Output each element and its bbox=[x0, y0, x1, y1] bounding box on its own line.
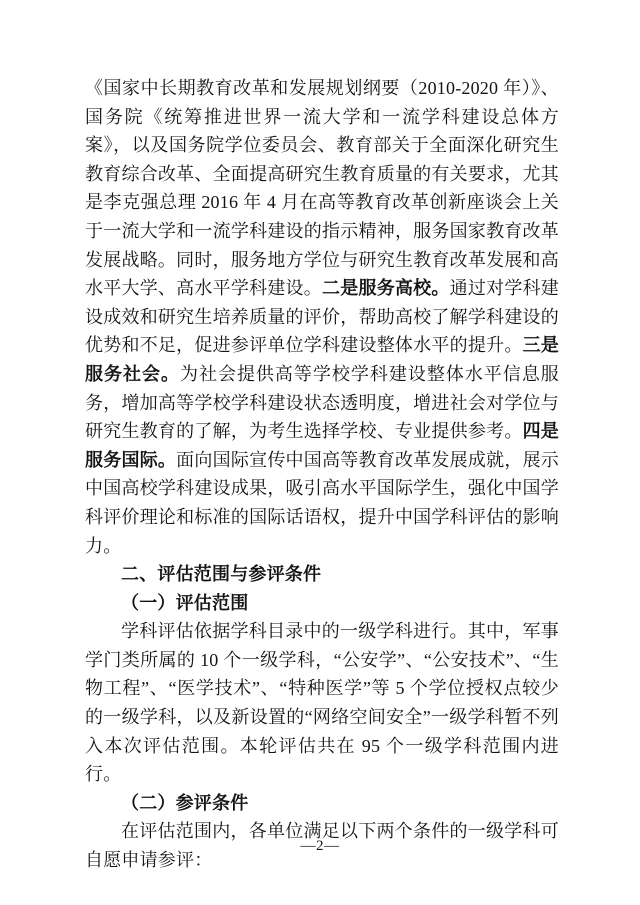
paragraph-purpose-continuation: 《国家中长期教育改革和发展规划纲要（2010-2020 年）》、国务院《统筹推进… bbox=[85, 74, 559, 560]
paragraph-evaluation-scope: 学科评估依据学科目录中的一级学科进行。其中，军事学门类所属的 10 个一级学科，… bbox=[85, 617, 559, 789]
document-body: 《国家中长期教育改革和发展规划纲要（2010-2020 年）》、国务院《统筹推进… bbox=[85, 74, 559, 875]
paragraph-text-run: 《国家中长期教育改革和发展规划纲要（2010-2020 年）》、国务院《统筹推进… bbox=[85, 78, 559, 298]
subsection-heading-participation-conditions: （二）参评条件 bbox=[85, 789, 559, 818]
bold-run-serve-universities: 二是服务高校。 bbox=[322, 278, 450, 298]
section-heading-scope-and-conditions: 二、评估范围与参评条件 bbox=[85, 560, 559, 589]
page-number: —2— bbox=[0, 836, 640, 856]
subsection-heading-evaluation-scope: （一）评估范围 bbox=[85, 589, 559, 618]
document-page: 《国家中长期教育改革和发展规划纲要（2010-2020 年）》、国务院《统筹推进… bbox=[0, 0, 640, 905]
